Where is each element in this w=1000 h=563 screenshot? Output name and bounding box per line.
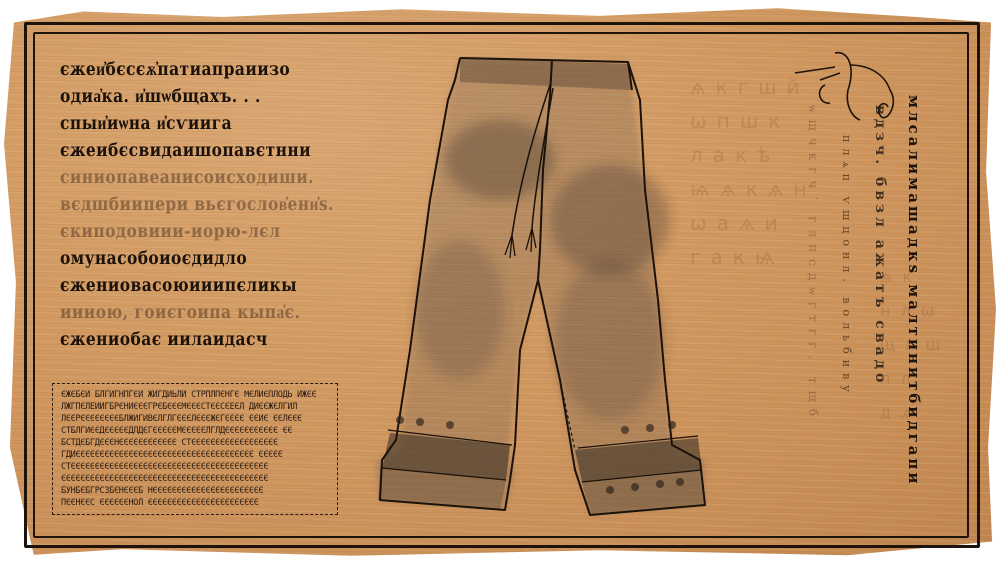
boxed-text-row: ПЄЄНЄЄС ЄЄЄЄЄЄНОЛ ЄЄЄЄЄЄЄЄЄЄЄЄЄЄЄЄЄЄЄЄЄЄ… — [61, 498, 329, 509]
boxed-text-row: БСТДЄБГДЄЄЄНЄЄЄЄЄЄЄЄЄЄЄЄ СТЄЄЄЄЄЄЄЄЄЄЄЄЄ… — [61, 438, 329, 449]
vertical-text-main: млсалимашадкѕ малтинитбидгапи — [905, 95, 923, 487]
vertical-text-column: плѧп ѵшцонл. вольбиву — [840, 135, 853, 398]
boxed-text-block: ЄЖЄБЄЙ БЛГИГНПГЄИ ЖИГДИЬЛИ СТРПЛПЄНГЄ МЄ… — [52, 383, 338, 515]
boxed-text-row: ЄЄЄЄЄЄЄЄЄЄЄЄЄЄЄЄЄЄЄЄЄЄЄЄЄЄЄЄЄЄЄЄЄЄЄЄЄЄЄЄ… — [61, 474, 329, 485]
vertical-text-column: вдзч. бвзл ажатъ свадо — [872, 105, 888, 386]
manuscript-text-block: єжеи҆бєсєѫ҆патиапраиизо одиа҆ка. и҆шѡбща… — [60, 55, 360, 352]
boxed-text-row: СТЄЄЄЄЄЄЄЄЄЄЄЄЄЄЄЄЄЄЄЄЄЄЄЄЄЄЄЄЄЄЄЄЄЄЄЄЄЄ… — [61, 462, 329, 473]
manuscript-line: єжениобає иилаидасч — [60, 323, 360, 354]
boxed-text-row: ЛЄЄРЄЄЄЄЄЄЄЄБЛЖИГИВЄЛГЛГЄЄЄЛЄЄЄЖЄГЄЄЄЄ Є… — [61, 414, 329, 425]
vertical-manuscript-block: млсалимашадкѕ малтинитбидгапи вдзч. бвзл… — [800, 45, 950, 505]
boxed-text-row: БУНБЄБГРСЗБЄНЄЄЄБ НЄЄЄЄЄЄЄЄЄЄЄЄЄЄЄЄЄЄЄЄЄ… — [61, 486, 329, 497]
boxed-text-row: ЄЖЄБЄЙ БЛГИГНПГЄИ ЖИГДИЬЛИ СТРПЛПЄНГЄ МЄ… — [61, 390, 329, 401]
vertical-text-column: ѡщчкгч ҆ глпсдѡгтгг. тщб — [805, 105, 820, 423]
boxed-text-row: ГДИЄЄЄЄЄЄЄЄЄЄЄЄЄЄЄЄЄЄЄЄЄЄЄЄЄЄЄЄЄЄЄЄЄЄЄЄЄ… — [61, 450, 329, 461]
boxed-text-row: СТБЛГИЄЄДЄЄЄЄЄДЛДЄГЄЄЄЄЄМЄЄЄЄЄЛГЛДЄЄЄЄЄЄ… — [61, 426, 329, 437]
boxed-text-row: ЛЖГПЄЛЕИИГБРЄНИЄЄЄГРЄБЄЄЄМЄЄЄСТЄЄСЄЕЄЛ Д… — [61, 402, 329, 413]
trousers-illustration — [360, 50, 720, 520]
